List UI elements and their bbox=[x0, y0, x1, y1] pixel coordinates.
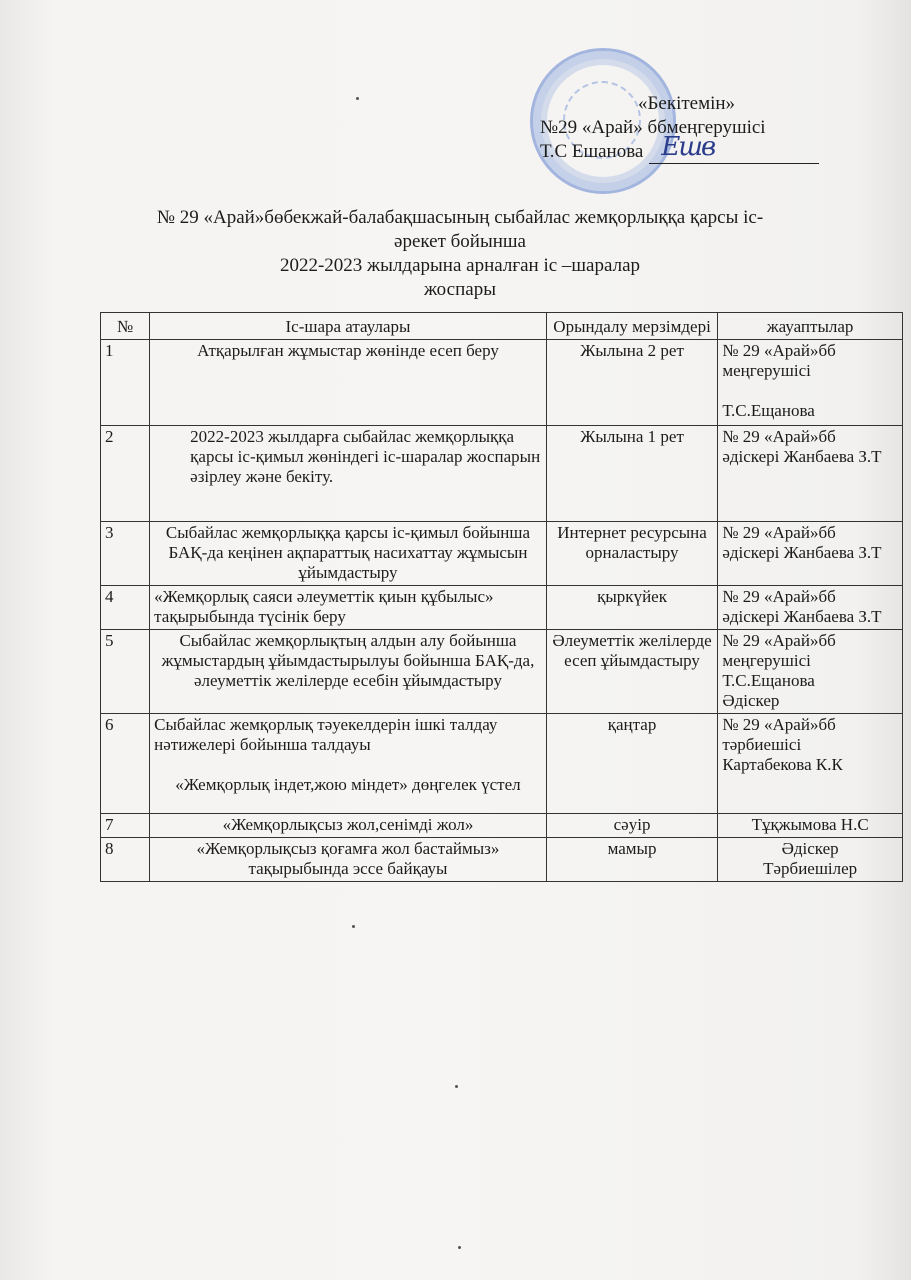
responsible-line: № 29 «Арай»бб bbox=[722, 427, 898, 447]
responsible-line: № 29 «Арай»бб bbox=[722, 587, 898, 607]
signature-line: Ешв bbox=[649, 145, 819, 164]
responsible-line: меңгерушісі bbox=[722, 651, 898, 671]
row-number: 1 bbox=[101, 340, 150, 426]
table-row: 4«Жемқорлық саяси әлеуметтік қиын құбылы… bbox=[101, 586, 903, 630]
responsible-line: № 29 «Арай»бб bbox=[722, 631, 898, 651]
deadline: қаңтар bbox=[546, 714, 718, 814]
activity-name-text: Сыбайлас жемқорлық тәуекелдерін ішкі тал… bbox=[154, 715, 542, 755]
activity-name: «Жемқорлықсыз жол,сенімді жол» bbox=[150, 814, 547, 838]
activity-name: Сыбайлас жемқорлыққа қарсы іс-қимыл бойы… bbox=[150, 522, 547, 586]
table-row: 8«Жемқорлықсыз қоғамға жол бастаймыз» та… bbox=[101, 838, 903, 882]
table-row: 6Сыбайлас жемқорлық тәуекелдерін ішкі та… bbox=[101, 714, 903, 814]
responsible-line: № 29 «Арай»бб bbox=[722, 523, 898, 543]
activity-name-text: Атқарылған жұмыстар жөнінде есеп беру bbox=[154, 341, 542, 361]
responsible-line: әдіскері Жанбаева З.Т bbox=[722, 607, 898, 627]
responsible-line: Тәрбиешілер bbox=[722, 859, 898, 879]
deadline: Әлеуметтік желілерде есеп ұйымдастыру bbox=[546, 630, 718, 714]
deadline: Жылына 1 рет bbox=[546, 426, 718, 522]
activity-name-text: Сыбайлас жемқорлықтың алдын алу бойынша … bbox=[154, 631, 542, 691]
row-number: 3 bbox=[101, 522, 150, 586]
responsible-line: Тұқжымова Н.С bbox=[722, 815, 898, 835]
responsible: № 29 «Арай»ббәдіскері Жанбаева З.Т bbox=[718, 522, 903, 586]
activity-name: 2022-2023 жылдарға сыбайлас жемқорлыққа … bbox=[150, 426, 547, 522]
activity-plan-table: № Іс-шара атаулары Орындалу мерзімдері ж… bbox=[100, 312, 903, 882]
responsible-line: № 29 «Арай»бб bbox=[722, 715, 898, 735]
responsible: ӘдіскерТәрбиешілер bbox=[718, 838, 903, 882]
row-number: 8 bbox=[101, 838, 150, 882]
deadline: сәуір bbox=[546, 814, 718, 838]
responsible-line: Әдіскер bbox=[722, 839, 898, 859]
activity-name-text: «Жемқорлық саяси әлеуметтік қиын құбылыс… bbox=[154, 587, 542, 627]
responsible-line: әдіскері Жанбаева З.Т bbox=[722, 447, 898, 467]
activity-name: Атқарылған жұмыстар жөнінде есеп беру bbox=[150, 340, 547, 426]
title-line-4: жоспары bbox=[150, 278, 770, 302]
responsible-line: Картабекова К.К bbox=[722, 755, 898, 775]
responsible: Тұқжымова Н.С bbox=[718, 814, 903, 838]
activity-name-text: 2022-2023 жылдарға сыбайлас жемқорлыққа … bbox=[190, 427, 542, 487]
table-row: 5Сыбайлас жемқорлықтың алдын алу бойынша… bbox=[101, 630, 903, 714]
responsible-line bbox=[722, 381, 898, 401]
document-title: № 29 «Арай»бөбекжай-балабақшасының сыбай… bbox=[150, 206, 770, 302]
responsible-line: Т.С.Ещанова bbox=[722, 401, 898, 421]
scan-speck bbox=[352, 925, 355, 928]
approval-block: «Бекітемін» №29 «Арай» ббмеңгерушісі Т.С… bbox=[540, 92, 819, 164]
row-number: 5 bbox=[101, 630, 150, 714]
activity-name: «Жемқорлық саяси әлеуметтік қиын құбылыс… bbox=[150, 586, 547, 630]
document-page: «Бекітемін» №29 «Арай» ббмеңгерушісі Т.С… bbox=[0, 0, 911, 1280]
activity-name-extra: «Жемқорлық індет,жою міндет» дөңгелек үс… bbox=[154, 775, 542, 795]
responsible: № 29 «Арай»ббәдіскері Жанбаева З.Т bbox=[718, 586, 903, 630]
table-row: 22022-2023 жылдарға сыбайлас жемқорлыққа… bbox=[101, 426, 903, 522]
title-line-2: әрекет бойынша bbox=[150, 230, 770, 254]
header-responsible: жауаптылар bbox=[718, 313, 903, 340]
activity-name: «Жемқорлықсыз қоғамға жол бастаймыз» тақ… bbox=[150, 838, 547, 882]
deadline: қыркүйек bbox=[546, 586, 718, 630]
header-activity-name: Іс-шара атаулары bbox=[150, 313, 547, 340]
deadline: Интернет ресурсына орналастыру bbox=[546, 522, 718, 586]
deadline: Жылына 2 рет bbox=[546, 340, 718, 426]
table-row: 7«Жемқорлықсыз жол,сенімді жол»сәуірТұқж… bbox=[101, 814, 903, 838]
approval-heading: «Бекітемін» bbox=[540, 92, 819, 116]
scan-speck bbox=[356, 97, 359, 100]
scan-speck bbox=[455, 1085, 458, 1088]
table-row: 3Сыбайлас жемқорлыққа қарсы іс-қимыл бой… bbox=[101, 522, 903, 586]
header-number: № bbox=[101, 313, 150, 340]
responsible: № 29 «Арай»ббәдіскері Жанбаева З.Т bbox=[718, 426, 903, 522]
title-line-1: № 29 «Арай»бөбекжай-балабақшасының сыбай… bbox=[150, 206, 770, 230]
activity-name-text: «Жемқорлықсыз жол,сенімді жол» bbox=[154, 815, 542, 835]
deadline: мамыр bbox=[546, 838, 718, 882]
responsible-line: меңгерушісі bbox=[722, 361, 898, 381]
approval-name: Т.С Ешанова bbox=[540, 140, 643, 164]
responsible: № 29 «Арай»ббмеңгерушісіТ.С.ЕщановаӘдіск… bbox=[718, 630, 903, 714]
activity-name: Сыбайлас жемқорлықтың алдын алу бойынша … bbox=[150, 630, 547, 714]
activity-name-text: Сыбайлас жемқорлыққа қарсы іс-қимыл бойы… bbox=[154, 523, 542, 583]
responsible-line: тәрбиешісі bbox=[722, 735, 898, 755]
row-number: 7 bbox=[101, 814, 150, 838]
title-line-3: 2022-2023 жылдарына арналған іс –шаралар bbox=[150, 254, 770, 278]
row-number: 6 bbox=[101, 714, 150, 814]
responsible: № 29 «Арай»ббтәрбиешісіКартабекова К.К bbox=[718, 714, 903, 814]
table-row: 1Атқарылған жұмыстар жөнінде есеп беруЖы… bbox=[101, 340, 903, 426]
responsible: № 29 «Арай»ббмеңгерушісіТ.С.Ещанова bbox=[718, 340, 903, 426]
activity-name: Сыбайлас жемқорлық тәуекелдерін ішкі тал… bbox=[150, 714, 547, 814]
row-number: 2 bbox=[101, 426, 150, 522]
approval-signature-row: Т.С Ешанова Ешв bbox=[540, 140, 819, 164]
header-deadline: Орындалу мерзімдері bbox=[546, 313, 718, 340]
activity-name-text: «Жемқорлықсыз қоғамға жол бастаймыз» тақ… bbox=[154, 839, 542, 879]
responsible-line: Т.С.Ещанова bbox=[722, 671, 898, 691]
scan-speck bbox=[458, 1246, 461, 1249]
table-header-row: № Іс-шара атаулары Орындалу мерзімдері ж… bbox=[101, 313, 903, 340]
signature: Ешв bbox=[661, 135, 714, 159]
row-number: 4 bbox=[101, 586, 150, 630]
responsible-line: әдіскері Жанбаева З.Т bbox=[722, 543, 898, 563]
responsible-line: № 29 «Арай»бб bbox=[722, 341, 898, 361]
responsible-line: Әдіскер bbox=[722, 691, 898, 711]
